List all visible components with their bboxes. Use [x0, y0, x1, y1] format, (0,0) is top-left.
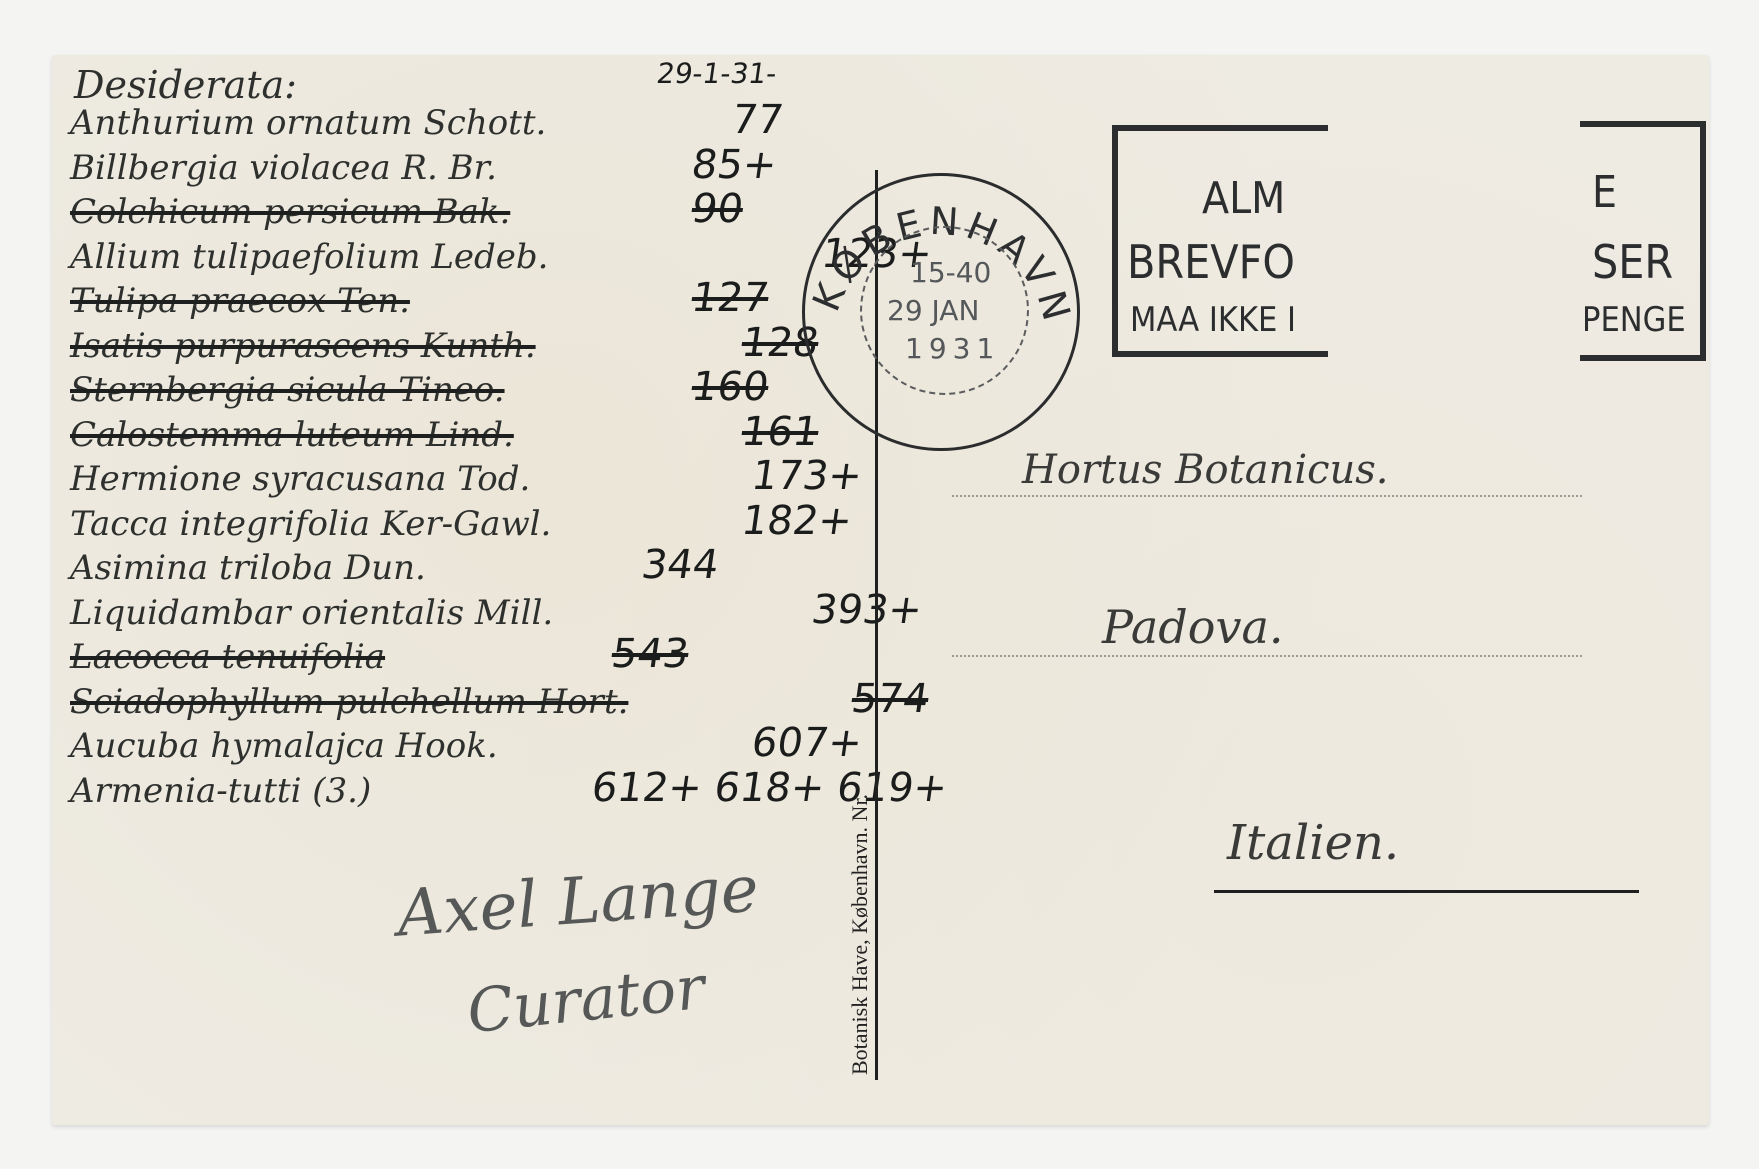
address-underline: [1214, 890, 1639, 893]
postcard: Desiderata: 29-1-31- Anthurium ornatum S…: [52, 55, 1709, 1125]
desiderata-item: Isatis purpurascens Kunth.: [70, 326, 536, 366]
desiderata-item: Anthurium ornatum Schott.: [70, 103, 546, 143]
desiderata-number: 173+: [749, 453, 865, 499]
desiderata-item: Colchicum persicum Bak.: [70, 192, 510, 232]
desiderata-item: Hermione syracusana Tod.: [70, 459, 530, 499]
address-line-1: Hortus Botanicus.: [1022, 447, 1389, 493]
cancel-text-2: BREVFO: [1127, 235, 1295, 289]
desiderata-item: Billbergia violacea R. Br.: [70, 148, 497, 188]
desiderata-number: 160: [689, 364, 772, 410]
cancel-text-4: E: [1592, 167, 1617, 218]
desiderata-item: Liquidambar orientalis Mill.: [70, 593, 553, 633]
desiderata-item: Tacca integrifolia Ker-Gawl.: [70, 504, 551, 544]
address-dotted-line-2: [952, 655, 1582, 657]
desiderata-number: 127: [689, 275, 772, 321]
desiderata-item: Sciadophyllum pulchellum Hort.: [70, 682, 628, 722]
cancel-text-5: SER: [1592, 235, 1673, 289]
signature-title: Curator: [464, 953, 708, 1047]
address-line-2: Padova.: [1102, 600, 1283, 654]
date-written: 29-1-31-: [655, 57, 779, 90]
desiderata-item: Allium tulipaefolium Ledeb.: [70, 237, 549, 277]
cancel-text-3: MAA IKKE I: [1130, 300, 1296, 340]
address-line-3: Italien.: [1227, 815, 1399, 871]
desiderata-item: Armenia-tutti (3.): [70, 771, 371, 811]
desiderata-number: 543: [609, 631, 692, 677]
printed-publisher-text: Botanisk Have, København. Nr.: [847, 794, 873, 1075]
desiderata-number: 393+: [809, 587, 925, 633]
postmark-date: 29 JAN: [887, 294, 979, 327]
address-dotted-line-1: [952, 495, 1582, 497]
cancel-text-1: ALM: [1202, 173, 1285, 224]
postmark-year: 1931: [905, 332, 1000, 365]
desiderata-number: 182+: [739, 498, 855, 544]
postmark-circular: KØBENHAVN 15-40 29 JAN 1931: [802, 173, 1080, 451]
cancel-text-6: PENGE: [1582, 300, 1686, 340]
desiderata-number: 607+: [749, 720, 865, 766]
desiderata-item: Lacocca tenuifolia: [70, 637, 385, 677]
desiderata-item: Aucuba hymalajca Hook.: [70, 726, 498, 766]
desiderata-number: 344: [639, 542, 722, 588]
desiderata-item: Sternbergia sicula Tineo.: [70, 370, 505, 410]
signature-name: Axel Lange: [395, 852, 761, 951]
desiderata-title: Desiderata:: [74, 63, 297, 107]
desiderata-item: Tulipa praecox Ten.: [70, 281, 410, 321]
desiderata-number: 90: [689, 186, 746, 232]
desiderata-item: Asimina triloba Dun.: [70, 548, 426, 588]
desiderata-number: 574: [849, 676, 932, 722]
desiderata-item: Calostemma luteum Lind.: [70, 415, 514, 455]
desiderata-number: 612+ 618+ 619+: [589, 765, 950, 811]
postmark-time: 15-40: [910, 256, 991, 289]
desiderata-number: 85+: [689, 142, 780, 188]
desiderata-number: 77: [729, 97, 786, 143]
